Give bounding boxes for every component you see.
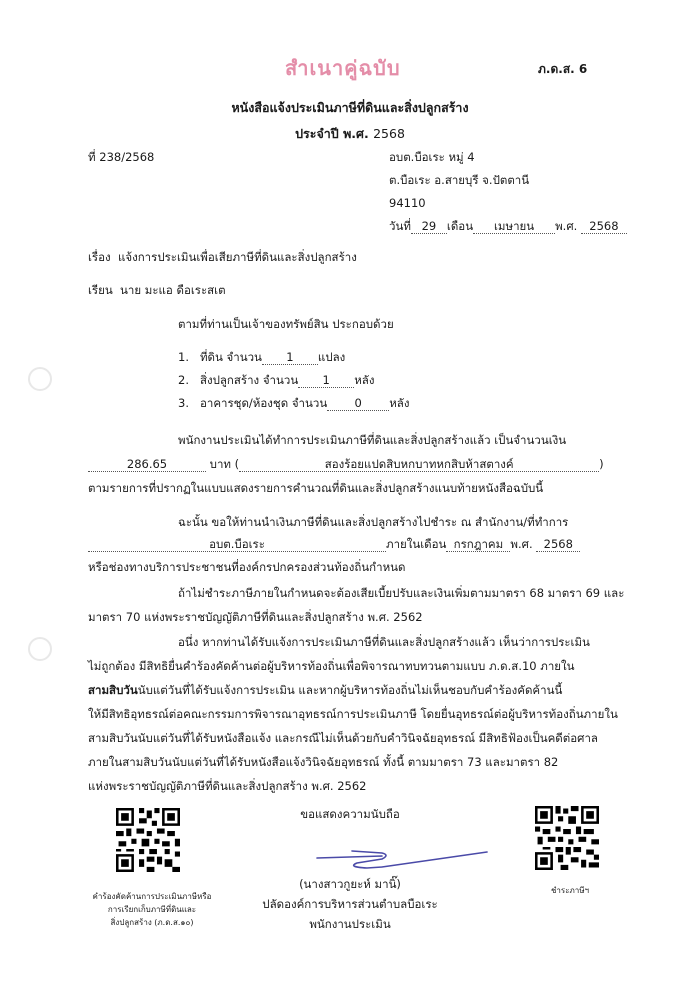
- signature: [312, 845, 492, 875]
- asset-unit: หลัง: [354, 373, 374, 387]
- asset-label: อาคารชุด/ห้องชุด จำนวน: [200, 396, 327, 410]
- subject-text: แจ้งการประเมินเพื่อเสียภาษีที่ดินและสิ่ง…: [118, 250, 357, 264]
- appeal-deadline-bold: สามสิบวัน: [88, 683, 138, 697]
- year-label: ประจำปี พ.ศ.: [295, 126, 369, 141]
- asset-number: 1.: [178, 350, 189, 364]
- caption-line: สิ่งปลูกสร้าง (ภ.ด.ส.๑๐): [84, 916, 220, 929]
- penalty-line-1: ถ้าไม่ชำระภาษีภายในกำหนดจะต้องเสียเบี้ยป…: [178, 585, 624, 603]
- assessment-reference: ตามรายการที่ปรากฏในแบบแสดงรายการคำนวณที่…: [88, 480, 543, 498]
- amount-in-words: สองร้อยแปดสิบหกบาทหกสิบห้าสตางค์: [239, 458, 599, 472]
- close-paren: ): [599, 457, 604, 471]
- caption-line: คำร้องคัดค้านการประเมินภาษีหรือ: [84, 890, 220, 903]
- reference-value: 238/2568: [99, 150, 154, 164]
- within-month-label: ภายในเดือน: [386, 537, 446, 551]
- appeal-line-7: แห่งพระราชบัญญัติภาษีที่ดินและสิ่งปลูกสร…: [88, 778, 367, 796]
- address-line-1: อบต.บือเระ หมู่ 4: [389, 149, 475, 167]
- assessment-amount-line: 286.65 บาท (สองร้อยแปดสิบหกบาทหกสิบห้าสต…: [88, 456, 604, 474]
- assessment-intro: พนักงานประเมินได้ทำการประเมินภาษีที่ดินแ…: [178, 432, 566, 450]
- appeal-line-3: สามสิบวันนับแต่วันที่ได้รับแจ้งการประเมิ…: [88, 682, 562, 700]
- payment-alt-channel: หรือช่องทางบริการประชาชนที่องค์กรปกครองส…: [88, 559, 406, 577]
- month-label: เดือน: [447, 219, 473, 233]
- asset-label: สิ่งปลูกสร้าง จำนวน: [200, 373, 298, 387]
- address-line-2: ต.บือเระ อ.สายบุรี จ.ปัตตานี: [389, 172, 529, 190]
- qr-right-caption: ชำระภาษีฯ: [530, 884, 610, 897]
- asset-value: 1: [262, 351, 318, 365]
- reference-label: ที่: [88, 150, 96, 164]
- day-label: วันที่: [389, 219, 411, 233]
- asset-unit: หลัง: [389, 396, 409, 410]
- asset-unit: แปลง: [318, 350, 345, 364]
- appeal-line-1: อนึ่ง หากท่านได้รับแจ้งการประเมินภาษีที่…: [178, 634, 590, 652]
- address-postcode: 94110: [389, 196, 426, 210]
- reference-number: ที่ 238/2568: [88, 149, 154, 167]
- appeal-line-5: สามสิบวันนับแต่วันที่ได้รับหนังสือแจ้ง แ…: [88, 730, 598, 748]
- asset-value: 1: [298, 374, 354, 388]
- appeal-line-6: ภายในสามสิบวันนับแต่วันที่ได้รับหนังสือแ…: [88, 754, 558, 772]
- caption-line: การเรียกเก็บภาษีที่ดินและ: [84, 903, 220, 916]
- subject-line: เรื่อง แจ้งการประเมินเพื่อเสียภาษีที่ดิน…: [88, 249, 357, 267]
- currency-label: บาท (: [210, 457, 239, 471]
- form-code: ภ.ด.ส. 6: [538, 60, 587, 79]
- date-line: วันที่29เดือนเมษายนพ.ศ. 2568: [389, 218, 627, 236]
- document-title: หนังสือแจ้งประเมินภาษีที่ดินและสิ่งปลูกส…: [0, 98, 700, 118]
- qr-left-caption: คำร้องคัดค้านการประเมินภาษีหรือ การเรียก…: [84, 890, 220, 929]
- payment-year: 2568: [536, 538, 580, 552]
- payment-office: อบต.บือเระ: [88, 538, 386, 552]
- date-year-label: พ.ศ.: [555, 219, 577, 233]
- document-year-line: ประจำปี พ.ศ. 2568: [0, 124, 700, 144]
- copy-stamp: สำเนาคู่ฉบับ: [285, 52, 401, 84]
- appeal-line-3-rest: นับแต่วันที่ได้รับแจ้งการประเมิน และหากผ…: [138, 683, 563, 697]
- payment-office-line: อบต.บือเระภายในเดือนกรกฎาคมพ.ศ. 2568: [88, 536, 580, 554]
- assessment-amount: 286.65: [88, 458, 206, 472]
- penalty-line-2: มาตรา 70 แห่งพระราชบัญญัติภาษีที่ดินและส…: [88, 609, 423, 627]
- recipient-label: เรียน: [88, 283, 113, 297]
- payment-month: กรกฎาคม: [446, 538, 510, 552]
- asset-item: 2. สิ่งปลูกสร้าง จำนวน1หลัง: [178, 372, 374, 390]
- recipient-name: นาย มะแอ ดือเระสเต: [120, 283, 226, 297]
- appeal-line-2: ไม่ถูกต้อง มีสิทธิยื่นคำร้องคัดค้านต่อผู…: [88, 658, 575, 676]
- date-year-value: 2568: [581, 220, 627, 234]
- asset-number: 3.: [178, 396, 189, 410]
- asset-label: ที่ดิน จำนวน: [200, 350, 262, 364]
- assets-intro: ตามที่ท่านเป็นเจ้าของทรัพย์สิน ประกอบด้ว…: [178, 316, 394, 334]
- day-value: 29: [411, 220, 447, 234]
- recipient-line: เรียน นาย มะแอ ดือเระสเต: [88, 282, 226, 300]
- asset-item: 3. อาคารชุด/ห้องชุด จำนวน0หลัง: [178, 395, 409, 413]
- subject-label: เรื่อง: [88, 250, 111, 264]
- asset-item: 1. ที่ดิน จำนวน1แปลง: [178, 349, 345, 367]
- month-value: เมษายน: [473, 220, 555, 234]
- qr-code-icon[interactable]: [116, 808, 180, 872]
- asset-value: 0: [327, 397, 389, 411]
- payment-year-label: พ.ศ.: [510, 537, 532, 551]
- appeal-line-4: ให้มีสิทธิอุทธรณ์ต่อคณะกรรมการพิจารณาอุท…: [88, 706, 618, 724]
- punch-hole-top: [28, 367, 52, 391]
- punch-hole-bottom: [28, 637, 52, 661]
- payment-intro: ฉะนั้น ขอให้ท่านนำเงินภาษีที่ดินและสิ่งป…: [178, 514, 568, 532]
- asset-number: 2.: [178, 373, 189, 387]
- year-value: 2568: [373, 126, 405, 141]
- qr-code-icon[interactable]: [535, 806, 599, 870]
